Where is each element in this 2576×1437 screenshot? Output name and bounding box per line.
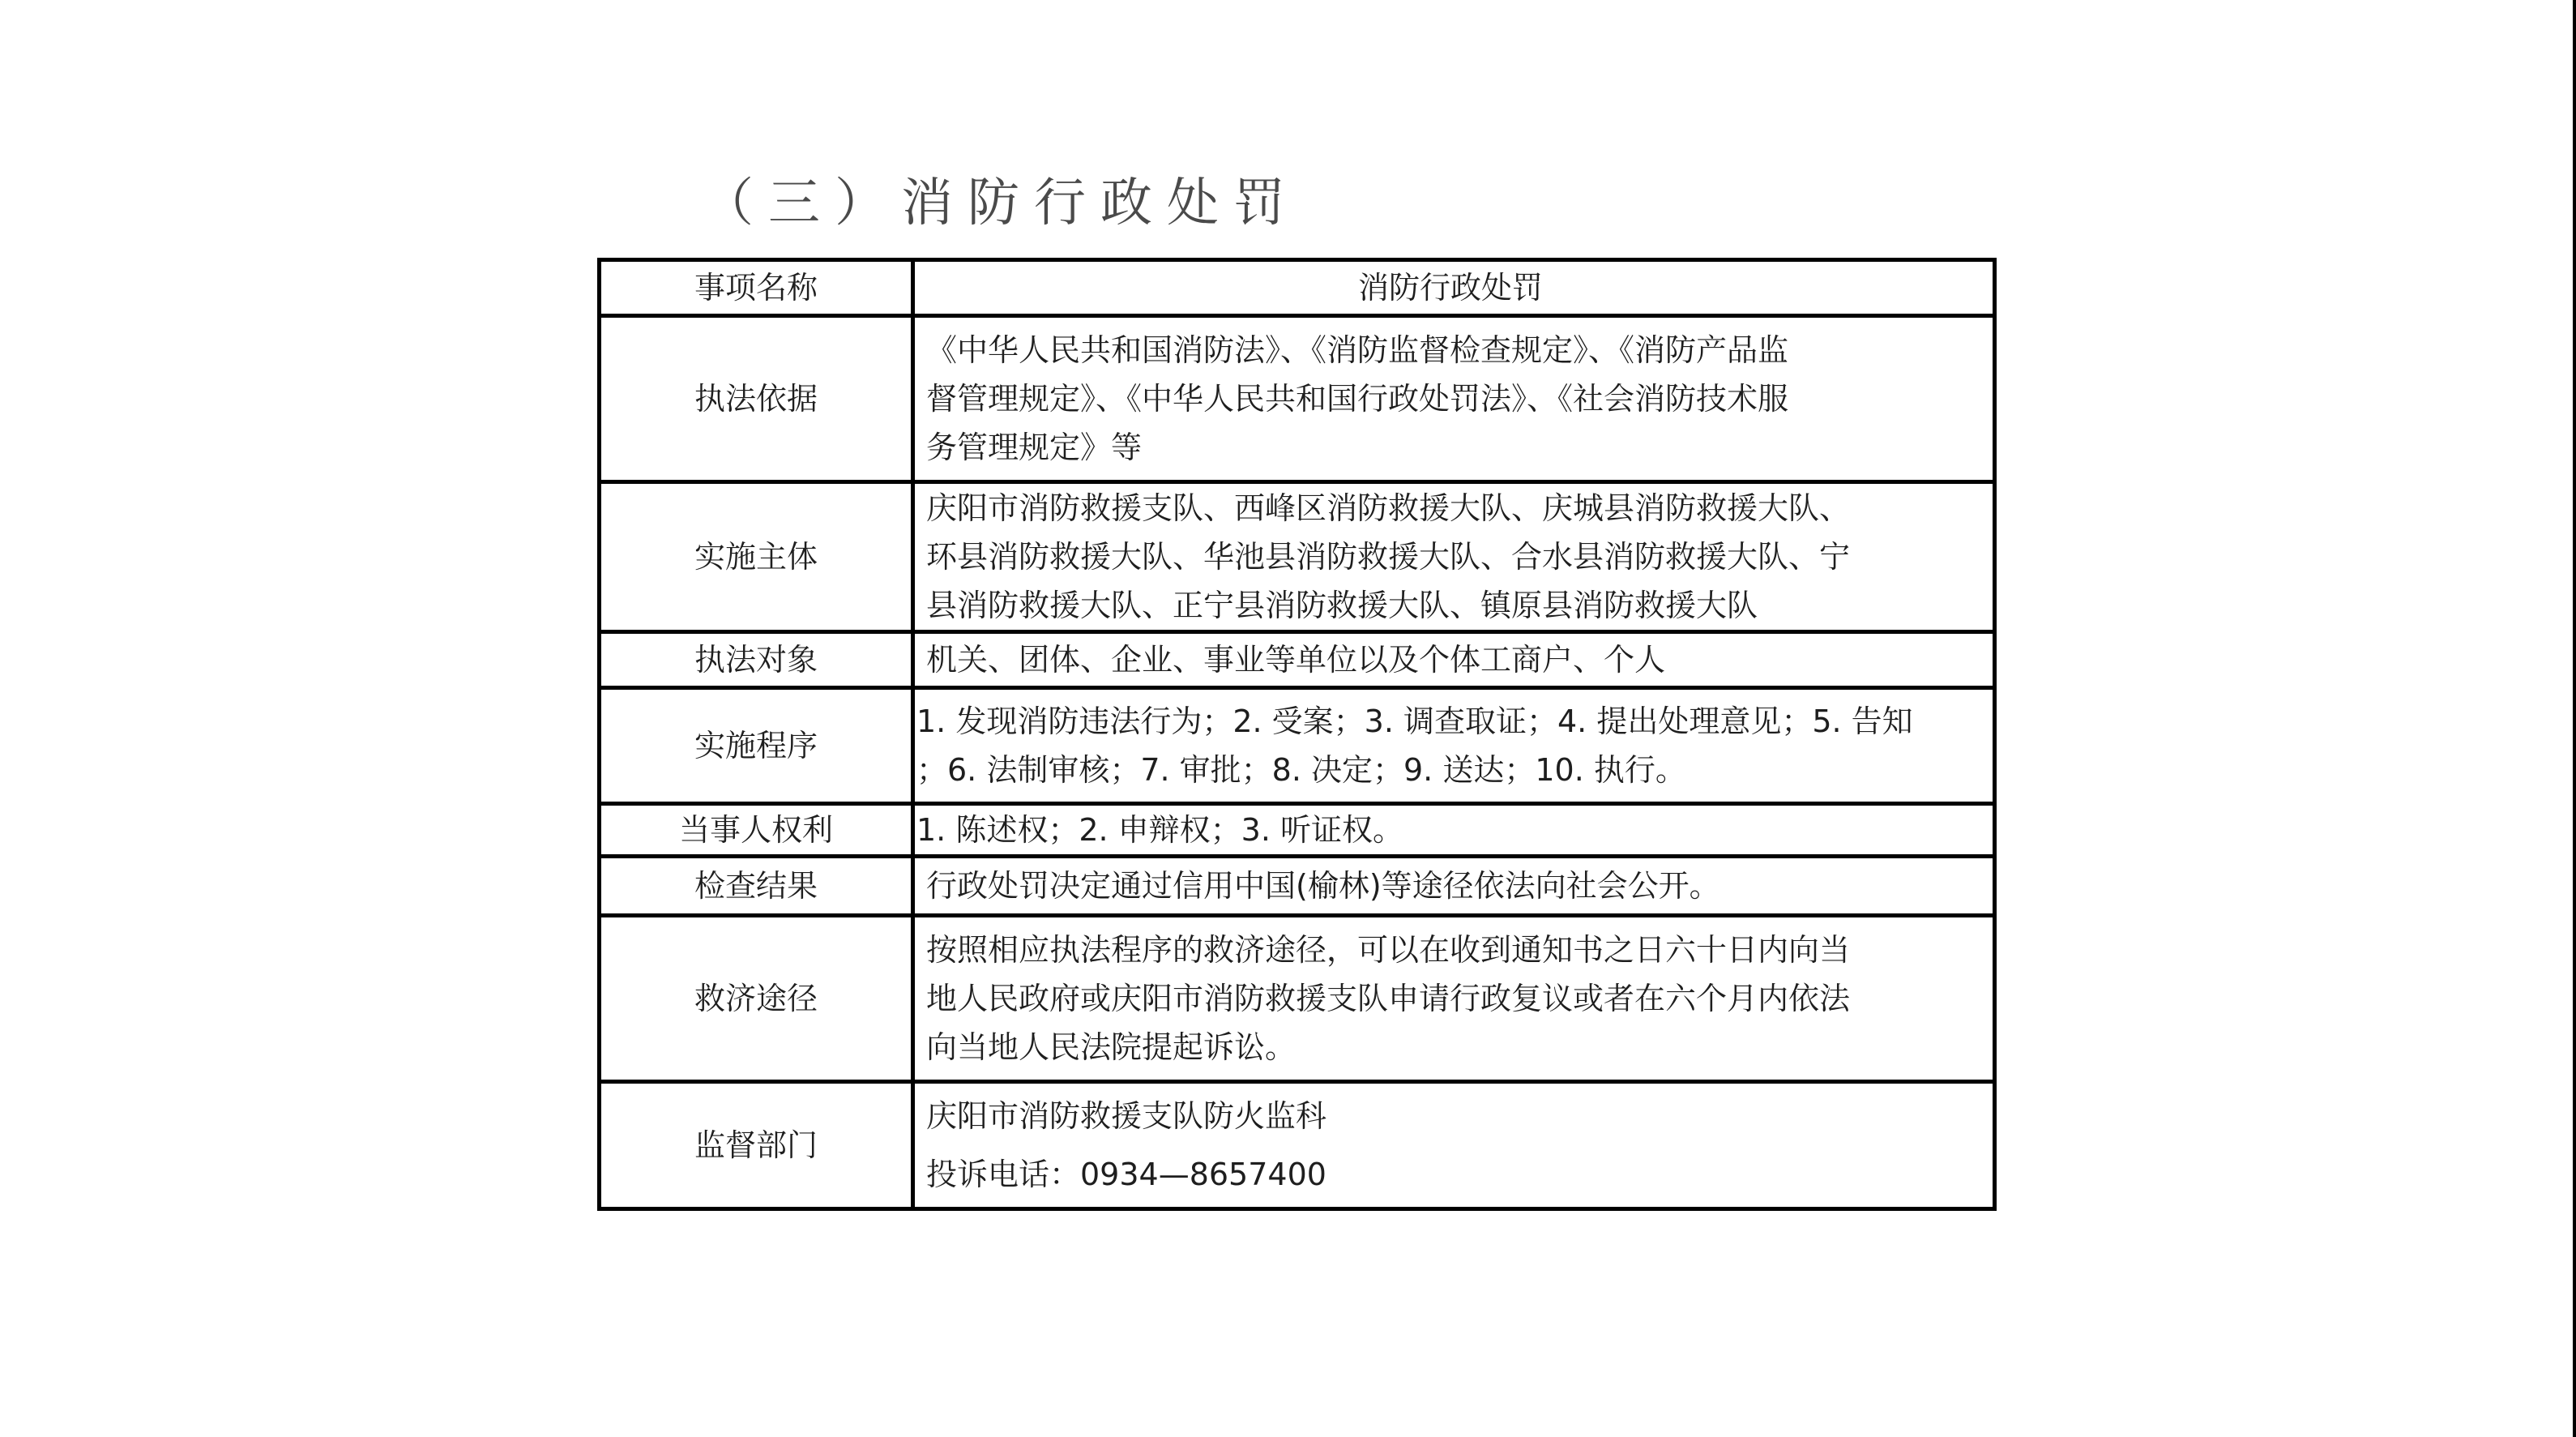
administrative-penalty-table: 事项名称 消防行政处罚 执法依据 《中华人民共和国消防法》、《消防监督检查规定》… <box>597 258 1997 1211</box>
row-label: 检查结果 <box>600 857 913 916</box>
table-row-supervising-department: 监督部门 庆阳市消防救援支队防火监科 投诉电话：0934—8657400 <box>600 1082 1995 1209</box>
row-label: 事项名称 <box>600 260 913 316</box>
row-label: 监督部门 <box>600 1082 913 1209</box>
table-row-item-name: 事项名称 消防行政处罚 <box>600 260 1995 316</box>
row-value: 1. 发现消防违法行为；2. 受案；3. 调查取证；4. 提出处理意见；5. 告… <box>913 688 1995 804</box>
table-row-inspection-result: 检查结果 行政处罚决定通过信用中国(榆林)等途径依法向社会公开。 <box>600 857 1995 916</box>
value-line: 1. 发现消防违法行为；2. 受案；3. 调查取证；4. 提出处理意见；5. 告… <box>916 697 1986 746</box>
value-line: 县消防救援大队、正宁县消防救援大队、镇原县消防救援大队 <box>926 581 1986 630</box>
row-value: 行政处罚决定通过信用中国(榆林)等途径依法向社会公开。 <box>913 857 1995 916</box>
row-label: 救济途径 <box>600 916 913 1082</box>
value-line: 《中华人民共和国消防法》、《消防监督检查规定》、《消防产品监 <box>926 326 1986 374</box>
value-line: 地人民政府或庆阳市消防救援支队申请行政复议或者在六个月内依法 <box>926 974 1986 1023</box>
section-title: （三）消防行政处罚 <box>702 167 1300 240</box>
value-line: 向当地人民法院提起诉讼。 <box>926 1023 1986 1071</box>
complaint-phone: 投诉电话：0934—8657400 <box>926 1150 1986 1199</box>
value-line: 按照相应执法程序的救济途径，可以在收到通知书之日六十日内向当 <box>926 926 1986 974</box>
row-label: 执法依据 <box>600 316 913 482</box>
table-row-enforcement-target: 执法对象 机关、团体、企业、事业等单位以及个体工商户、个人 <box>600 632 1995 688</box>
row-label: 执法对象 <box>600 632 913 688</box>
value-line: 督管理规定》、《中华人民共和国行政处罚法》、《社会消防技术服 <box>926 374 1986 423</box>
table-row-party-rights: 当事人权利 1. 陈述权；2. 申辩权；3. 听证权。 <box>600 804 1995 857</box>
row-label: 实施主体 <box>600 482 913 632</box>
row-value: 《中华人民共和国消防法》、《消防监督检查规定》、《消防产品监 督管理规定》、《中… <box>913 316 1995 482</box>
value-line: 环县消防救援大队、华池县消防救援大队、合水县消防救援大队、宁 <box>926 532 1986 581</box>
value-line: 庆阳市消防救援支队、西峰区消防救援大队、庆城县消防救援大队、 <box>926 484 1986 532</box>
table-row-legal-basis: 执法依据 《中华人民共和国消防法》、《消防监督检查规定》、《消防产品监 督管理规… <box>600 316 1995 482</box>
department-name: 庆阳市消防救援支队防火监科 <box>926 1092 1986 1140</box>
row-value: 消防行政处罚 <box>913 260 1995 316</box>
page-edge-divider <box>2573 0 2576 1437</box>
row-value: 庆阳市消防救援支队防火监科 投诉电话：0934—8657400 <box>913 1082 1995 1209</box>
table-row-procedure: 实施程序 1. 发现消防违法行为；2. 受案；3. 调查取证；4. 提出处理意见… <box>600 688 1995 804</box>
row-value: 庆阳市消防救援支队、西峰区消防救援大队、庆城县消防救援大队、 环县消防救援大队、… <box>913 482 1995 632</box>
row-label: 实施程序 <box>600 688 913 804</box>
table-row-remedy: 救济途径 按照相应执法程序的救济途径，可以在收到通知书之日六十日内向当 地人民政… <box>600 916 1995 1082</box>
value-line: ；6. 法制审核；7. 审批；8. 决定；9. 送达；10. 执行。 <box>916 746 1986 794</box>
row-value: 按照相应执法程序的救济途径，可以在收到通知书之日六十日内向当 地人民政府或庆阳市… <box>913 916 1995 1082</box>
table-row-implementing-body: 实施主体 庆阳市消防救援支队、西峰区消防救援大队、庆城县消防救援大队、 环县消防… <box>600 482 1995 632</box>
row-value: 机关、团体、企业、事业等单位以及个体工商户、个人 <box>913 632 1995 688</box>
row-value: 1. 陈述权；2. 申辩权；3. 听证权。 <box>913 804 1995 857</box>
value-line: 务管理规定》等 <box>926 423 1986 472</box>
row-label: 当事人权利 <box>600 804 913 857</box>
